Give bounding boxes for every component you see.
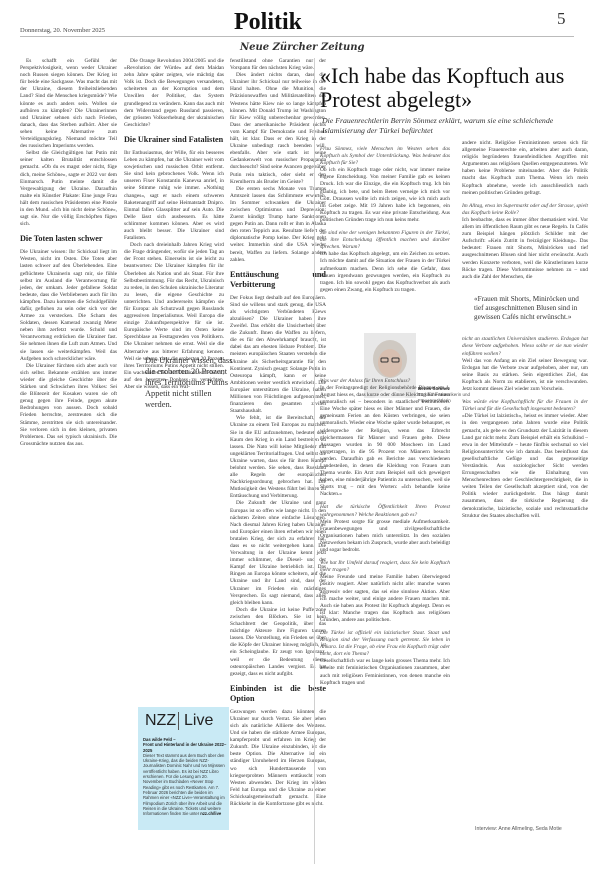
section-heading: Die Ukrainer sind Fatalisten xyxy=(124,135,224,145)
interview-question: Frau Sönmez, viele Menschen im Westen se… xyxy=(320,146,450,167)
interview-answer: Ich beobachte, dass es immer öfter thema… xyxy=(462,217,588,281)
interview-answer: In der Freitagspredigt der Religionsbehö… xyxy=(320,385,450,499)
live-label: Live xyxy=(184,712,213,730)
paragraph: Dies ändert nichts daran, dass die Ukrai… xyxy=(230,72,326,186)
article-column-2: Die Orange Revolution 2004/2005 und die … xyxy=(124,58,224,391)
section-heading: Einbinden ist die beste Option xyxy=(230,684,326,704)
interview-credit: Interview: Anne Allmeling, Seda Motie xyxy=(475,826,562,832)
nzz-live-subtitle: Front und Hinterland in der Ukraine 2022… xyxy=(143,742,226,752)
interview-answer: Mein Protest sorgte für grosse mediale A… xyxy=(320,519,450,554)
interview-answer: Weil das von Anfang an ein Ziel seiner B… xyxy=(462,358,588,393)
interview-question: Was war der Anlass für Ihren Entschluss? xyxy=(320,378,450,385)
interview-question: Wie hat Ihr Umfeld darauf reagiert, dass… xyxy=(320,560,450,574)
section-heading: Die Toten lasten schwer xyxy=(20,234,117,244)
interview-answer: Ich habe das Kopftuch abgelegt, um ein Z… xyxy=(320,251,450,294)
subheadline: Die Frauenrechtlerin Berrin Sönmez erklä… xyxy=(322,116,587,136)
paragraph: Die Ukrainer wissen: Ihr Schicksal liegt… xyxy=(20,249,117,363)
interview-column-2: andere nicht. Religiöse Feministinnen se… xyxy=(462,140,588,520)
paragraph: Die Orange Revolution 2004/2005 und die … xyxy=(124,58,224,129)
photo-spacer xyxy=(320,294,450,372)
interview-answer: «Die Türkei ist laizistisch», heisst es … xyxy=(462,413,588,519)
interview-answer: andere nicht. Religiöse Feministinnen se… xyxy=(462,140,588,197)
column-divider xyxy=(314,58,315,864)
article-column-3: fenstillstand ohne Garantien nur der Vor… xyxy=(230,58,326,808)
paragraph: Es schafft ein Gefühl der Perspektivlosi… xyxy=(20,58,117,150)
masthead: Neue Zürcher Zeitung xyxy=(240,42,365,53)
header-rule xyxy=(20,36,574,37)
pull-quote: «Frauen mit Shorts, Miniröcken und tief … xyxy=(474,295,588,323)
nzz-live-title: Das wilde Feld – xyxy=(143,737,176,742)
interview-question: Hat die türkische Öffentlichkeit Ihren P… xyxy=(320,504,450,518)
interview-question: Was würde eine Kopftuchpflicht für die F… xyxy=(462,399,588,413)
pull-quote: Die Ukrainer wissen, dass die eroberten … xyxy=(145,355,235,410)
headline: «Ich habe das Kopftuch aus Protest abgel… xyxy=(320,64,590,112)
paragraph: Die Ukrainer fürchten sich aber auch vor… xyxy=(20,363,117,448)
paragraph: Die Zukunft der Ukraine und ganz Europas… xyxy=(230,500,326,606)
paragraph: Wie fehlt, ist die Bereitschaft, die Ukr… xyxy=(230,415,326,500)
section-title: Politik xyxy=(234,9,302,36)
interview-question: nicht an staatlichen Universitäten studi… xyxy=(462,336,588,357)
paragraph: Die ersten sechs Monate von Trumps Amtsz… xyxy=(230,186,326,264)
logo-divider xyxy=(178,712,179,730)
nzz-live-text: Das wilde Feld – Front und Hinterland in… xyxy=(143,737,227,816)
interview-answer: Meine Freunde und meine Familie haben üb… xyxy=(320,574,450,624)
interview-answer: Gesellschaftlich war es lange kein gross… xyxy=(320,658,450,686)
interview-question: Die Türkei ist offiziell ein laizistisch… xyxy=(320,630,450,658)
paragraph: Gezwungen werden dazu könnten die Ukrain… xyxy=(230,709,326,808)
paragraph: Ihr Enthusiasmus, der Wille, für ein bes… xyxy=(124,150,224,242)
paragraph: Selbst die Gleichgültigen hat Putin mit … xyxy=(20,150,117,228)
interview-column-1: Frau Sönmez, viele Menschen im Westen se… xyxy=(320,140,450,687)
nzz-live-link[interactable]: nzz.ch/live xyxy=(200,811,221,816)
paragraph: Der Fokus liegt deshalb auf den Europäer… xyxy=(230,295,326,416)
interview-question: Sie sind eine der wenigen bekannten Figu… xyxy=(320,230,450,251)
interview-question: Im Alltag, etwa im Supermarkt oder auf d… xyxy=(462,203,588,217)
article-column-1: Es schafft ein Gefühl der Perspektivlosi… xyxy=(20,58,117,448)
dateline: Donnerstag, 20. November 2025 xyxy=(20,27,105,34)
interview-answer: Ob ich ein Kopftuch trage oder nicht, wa… xyxy=(320,167,450,224)
nzz-logo: NZZ xyxy=(145,712,176,730)
section-heading: Enttäuschung und Verbitterung xyxy=(230,270,326,290)
paragraph: fenstillstand ohne Garantien nur der Vor… xyxy=(230,58,326,72)
page-number: 5 xyxy=(557,9,566,29)
nzz-live-body: Dieser Text stammt aus dem Buch über den… xyxy=(143,753,225,816)
paragraph: Doch die Ukraine ist keine Pufferzone zw… xyxy=(230,607,326,678)
